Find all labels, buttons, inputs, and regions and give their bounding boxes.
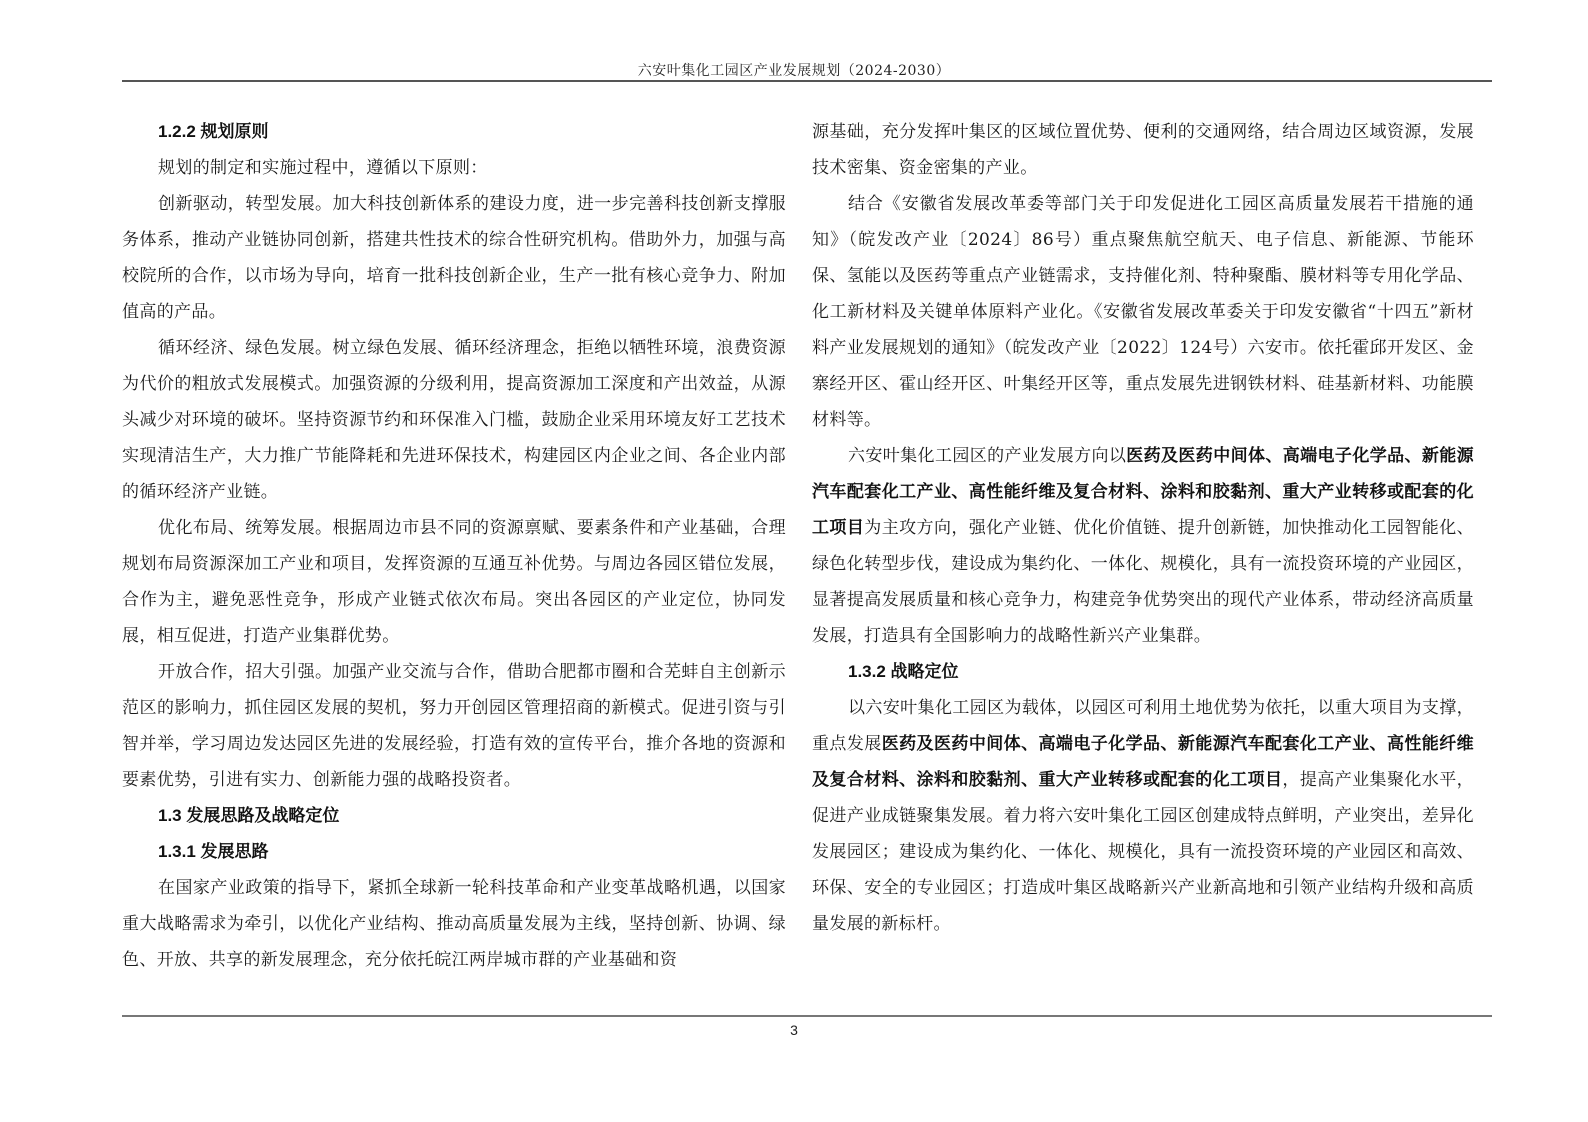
direction-text-before: 六安叶集化工园区的产业发展方向以 [848,446,1126,466]
paragraph-innovation-driven: 创新驱动，转型发展。加大科技创新体系的建设力度，进一步完善科技创新支撑服务体系，… [122,186,786,330]
paragraph-development-idea-continued: 源基础，充分发挥叶集区的区域位置优势、便利的交通网络，结合周边区域资源，发展技术… [812,114,1474,186]
paragraph-circular-economy: 循环经济、绿色发展。树立绿色发展、循环经济理念，拒绝以牺牲环境，浪费资源为代价的… [122,330,786,510]
paragraph-open-cooperation: 开放合作，招大引强。加强产业交流与合作，借助合肥都市圈和合芜蚌自主创新示范区的影… [122,654,786,798]
page-number: 3 [0,1022,1588,1038]
section-heading-1-3: 1.3 发展思路及战略定位 [122,798,786,834]
right-column: 源基础，充分发挥叶集区的区域位置优势、便利的交通网络，结合周边区域资源，发展技术… [812,114,1474,942]
left-column: 1.2.2 规划原则 规划的制定和实施过程中，遵循以下原则： 创新驱动，转型发展… [122,114,786,978]
position-text-after: ，提高产业集聚化水平，促进产业成链聚集发展。着力将六安叶集化工园区创建成特点鲜明… [812,770,1474,934]
paragraph-principles-intro: 规划的制定和实施过程中，遵循以下原则： [122,150,786,186]
running-header-title: 六安叶集化工园区产业发展规划（2024-2030） [0,60,1588,80]
paragraph-strategic-position: 以六安叶集化工园区为载体，以园区可利用土地优势为依托，以重大项目为支撑，重点发展… [812,690,1474,942]
section-heading-1-3-1: 1.3.1 发展思路 [122,834,786,870]
header-rule [122,80,1492,82]
paragraph-development-idea: 在国家产业政策的指导下，紧抓全球新一轮科技革命和产业变革战略机遇，以国家重大战略… [122,870,786,978]
paragraph-optimize-layout: 优化布局、统筹发展。根据周边市县不同的资源禀赋、要素条件和产业基础，合理规划布局… [122,510,786,654]
direction-text-after: 为主攻方向，强化产业链、优化价值链、提升创新链，加快推动化工园智能化、绿色化转型… [812,518,1474,646]
footer-rule [122,1015,1492,1017]
section-heading-1-2-2: 1.2.2 规划原则 [122,114,786,150]
paragraph-policy-reference: 结合《安徽省发展改革委等部门关于印发促进化工园区高质量发展若干措施的通知》（皖发… [812,186,1474,438]
section-heading-1-3-2: 1.3.2 战略定位 [812,654,1474,690]
paragraph-industry-direction: 六安叶集化工园区的产业发展方向以医药及医药中间体、高端电子化学品、新能源汽车配套… [812,438,1474,654]
